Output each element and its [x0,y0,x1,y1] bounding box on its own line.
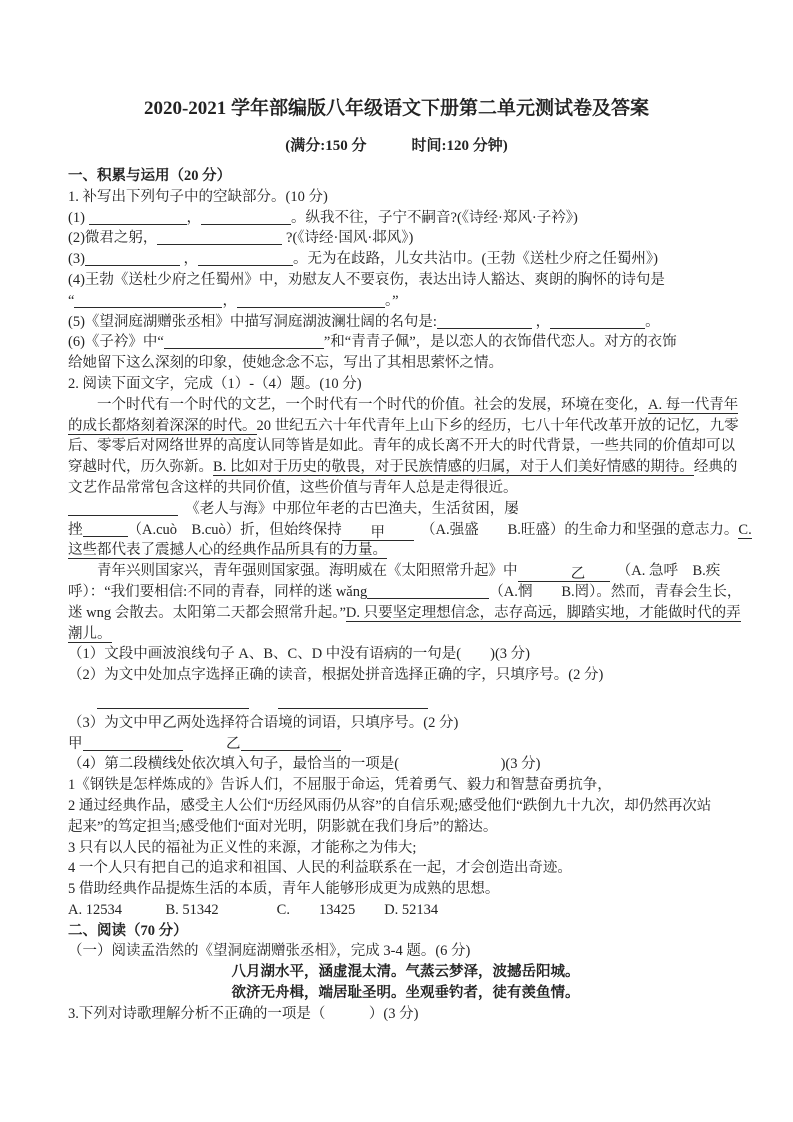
answer-blank-underline [83,521,128,537]
answer-blank-underline [367,583,489,599]
answer-blank-underline [241,735,341,751]
text-run: ， [180,251,198,267]
text-run: 呼）：“我们要相信:不同的青春，同样的迷 wǎng [68,584,367,600]
text-line: （2）为文中处加点字选择正确的读音，根据处拼音选择正确的字，只填序号。(2 分) [68,665,743,686]
answer-blank-underline [237,292,385,308]
text-run: 一、积累与运用（20 分） [68,168,231,184]
text-run: 5 借助经典作品提炼生活的本质，青年人能够形成更为成熟的思想。 [68,881,499,897]
text-line: 2 通过经典作品，感受主人公们“历经风雨仍从容”的自信乐观;感受他们“跌倒九十九… [68,796,743,817]
text-line: （一）阅读孟浩然的《望洞庭湖赠张丞相》，完成 3-4 题。(6 分) [68,941,743,962]
text-line: 《老人与海》中那位年老的古巴渔夫，生活贫困，屡 [68,499,743,520]
text-run: 穿越时代，历久弥新。 [68,459,213,475]
underlined-sentence: D. 只要坚定理想信念，志存高远，脚踏实地，才能做时代的弄 [346,605,741,622]
text-run: 。无为在歧路，儿女共沾巾。(王勃《送杜少府之任蜀州》) [293,251,658,267]
text-run: (2)微君之躬， [68,230,157,246]
labeled-answer-blank: 甲 [342,525,414,541]
text-line: 2. 阅读下面文字，完成（1）-（4）题。(10 分) [68,374,743,395]
text-line: （1）文段中画波浪线句子 A、B、C、D 中没有语病的一句是( )(3 分) [68,644,743,665]
text-line: 文艺作品常常包含这样的共同价值，这些价值与青年人总是走得很近。 [68,478,743,499]
text-run: （A.强盛 B.旺盛）的生命力和坚强的意志力。 [414,522,739,538]
text-run: 乙 [183,736,241,752]
page-subtitle: (满分:150 分 时间:120 分钟) [0,136,793,156]
text-run: (1) [68,210,89,226]
underlined-sentence: C. [738,522,751,539]
text-line: 八月湖水平，涵虚混太清。气蒸云梦泽，波撼岳阳城。 [68,962,743,983]
text-run: ， [532,314,550,330]
answer-blank-underline [85,250,180,266]
text-line: 潮儿。 [68,624,743,645]
underlined-sentence: 潮儿。 [68,626,112,643]
text-run: 《老人与海》中那位年老的古巴渔夫，生活贫困，屡 [178,501,519,517]
answer-blank-underline [83,735,183,751]
text-run: ”和“青青子佩”，是以恋人的衣饰借代恋人。对方的衣饰 [324,334,677,350]
text-line: A. 12534 B. 51342 C. 13425 D. 52134 [68,900,743,921]
text-run: 3.下列对诗歌理解分析不正确的一项是（ ）(3 分) [68,1006,418,1022]
text-run: 给她留下这么深刻的印象，使她念念不忘，写出了其相思萦怀之情。 [68,355,503,371]
underlined-sentence: 这些都代表了震撼人心的经典作品所具有的力量。 [68,542,387,559]
text-line: (5)《望洞庭湖赠张丞相》中描写洞庭湖波澜壮阔的名句是: ，。 [68,312,743,333]
text-run: （2）为文中处加点字选择正确的读音，根据处拼音选择正确的字，只填序号。(2 分) [68,667,603,683]
text-line: 迷 wng 会散去。太阳第二天都会照常升起。”D. 只要坚定理想信念，志存高远，… [68,603,743,624]
page-title: 2020-2021 学年部编版八年级语文下册第二单元测试卷及答案 [0,96,793,122]
text-line: 青年兴则国家兴，青年强则国家强。海明威在《太阳照常升起》中乙 （A. 急呼 B.… [68,561,743,582]
text-line: 的成长都烙刻着深深的时代。20 世纪五六十年代青年上山下乡的经历，七八十年代改革… [68,416,743,437]
text-run: 1《钢铁是怎样炼成的》告诉人们，不屈服于命运，凭着勇气、毅力和智慧奋勇抗争， [68,777,612,793]
text-run: (5)《望洞庭湖赠张丞相》中描写洞庭湖波澜壮阔的名句是: [68,314,437,330]
text-line [68,692,743,713]
text-run: 甲 [68,736,83,752]
underlined-sentence: A. 每一代青年 [648,397,738,414]
answer-blank-underline [97,693,249,709]
answer-blank-underline [157,229,282,245]
text-run: 一个时代有一个时代的文艺，一个时代有一个时代的价值。社会的发展，环境在变化， [97,397,648,413]
text-run: （1）文段中画波浪线句子 A、B、C、D 中没有语病的一句是( )(3 分) [68,646,530,662]
text-run: 二、阅读（70 分） [68,923,188,939]
text-run: (3) [68,251,85,267]
text-line: 起来”的笃定担当;感受他们“面对光明，阴影就在我们身后”的豁达。 [68,817,743,838]
text-run: 2. 阅读下面文字，完成（1）-（4）题。(10 分) [68,376,362,392]
text-line: 3.下列对诗歌理解分析不正确的一项是（ ）(3 分) [68,1004,743,1025]
text-line: 4 一个人只有把自己的追求和祖国、人民的利益联系在一起，才会创造出奇迹。 [68,858,743,879]
text-run: 青年兴则国家兴，青年强则国家强。海明威在《太阳照常升起》中 [97,563,518,579]
text-run: 3 只有以人民的福祉为正义性的来源，才能称之为伟大; [68,840,416,856]
text-line: “，。” [68,291,743,312]
text-run: (6)《子衿》中“ [68,334,164,350]
text-line: 二、阅读（70 分） [68,921,743,942]
text-line: 给她留下这么深刻的印象，使她念念不忘，写出了其相思萦怀之情。 [68,353,743,374]
text-run: （3）为文中甲乙两处选择符合语境的词语，只填序号。(2 分) [68,715,458,731]
text-run: 迷 wng 会散去。太阳第二天都会照常升起。” [68,605,346,621]
text-line: (6)《子衿》中“”和“青青子佩”，是以恋人的衣饰借代恋人。对方的衣饰 [68,332,743,353]
text-run: 挫 [68,522,83,538]
text-line: (1) ，。纵我不往，子宁不嗣音?(《诗经·郑风·子衿》) [68,208,743,229]
text-run [68,694,97,710]
text-run: 2 通过经典作品，感受主人公们“历经风雨仍从容”的自信乐观;感受他们“跌倒九十九… [68,798,711,814]
answer-blank-underline [89,209,187,225]
text-run: ， [222,293,237,309]
text-run: 1. 补写出下列句子中的空缺部分。(10 分) [68,189,328,205]
text-run: 起来”的笃定担当;感受他们“面对光明，阴影就在我们身后”的豁达。 [68,819,497,835]
answer-blank-underline [198,250,293,266]
answer-blank-underline [68,500,178,516]
text-run: （一）阅读孟浩然的《望洞庭湖赠张丞相》，完成 3-4 题。(6 分) [68,943,470,959]
underlined-sentence: B. 比如对于历史的敬畏，对于民族情感的归属，对于人们美好情感的期待。 [213,459,694,476]
text-line: （4）第二段横线处依次填入句子，最恰当的一项是( )(3 分) [68,754,743,775]
text-line: 一个时代有一个时代的文艺，一个时代有一个时代的价值。社会的发展，环境在变化，A.… [68,395,743,416]
answer-blank-underline [550,313,645,329]
text-line: 1《钢铁是怎样炼成的》告诉人们，不屈服于命运，凭着勇气、毅力和智慧奋勇抗争， [68,775,743,796]
text-run: A. 12534 B. 51342 C. 13425 D. 52134 [68,902,438,918]
text-run: 。” [385,293,399,309]
labeled-answer-blank: 乙 [518,566,610,582]
text-run: （A.惘 B.罔）。然而，青春会生长， [489,584,741,600]
test-paper-page: 2020-2021 学年部编版八年级语文下册第二单元测试卷及答案 (满分:150… [0,0,793,1122]
text-run: 欲济无舟楫，端居耻圣明。坐观垂钓者，徒有羡鱼情。 [232,985,580,1001]
text-line: 后、零零后对网络世界的高度认同等皆是如此。青年的成长离不开大的时代背景，一些共同… [68,436,743,457]
text-line: 欲济无舟楫，端居耻圣明。坐观垂钓者，徒有羡鱼情。 [68,983,743,1004]
text-run: 经典的 [694,459,738,475]
text-run: （4）第二段横线处依次填入句子，最恰当的一项是( )(3 分) [68,756,540,772]
text-line: (4)王勃《送杜少府之任蜀州》中，劝慰友人不要哀伤，表达出诗人豁达、爽朗的胸怀的… [68,270,743,291]
text-run: 。纵我不往，子宁不嗣音?(《诗经·郑风·子衿》) [291,210,578,226]
answer-blank-underline [278,693,428,709]
text-run: （A.cuò B.cuò）折，但始终保持 [128,522,342,538]
text-run: ?(《诗经·国风·邶风》) [282,230,413,246]
text-line: 1. 补写出下列句子中的空缺部分。(10 分) [68,187,743,208]
answer-blank-underline [201,209,291,225]
text-line: 呼）：“我们要相信:不同的青春，同样的迷 wǎng（A.惘 B.罔）。然而，青春… [68,582,743,603]
text-run: 20 世纪五六十年代青年上山下乡的经历，七八十年代改革开放的记忆，九零 [257,418,739,434]
text-line: （3）为文中甲乙两处选择符合语境的词语，只填序号。(2 分) [68,713,743,734]
text-line: 挫（A.cuò B.cuò）折，但始终保持甲 （A.强盛 B.旺盛）的生命力和坚… [68,520,743,541]
text-run: 文艺作品常常包含这样的共同价值，这些价值与青年人总是走得很近。 [68,480,518,496]
text-line: 5 借助经典作品提炼生活的本质，青年人能够形成更为成熟的思想。 [68,879,743,900]
text-line: 一、积累与运用（20 分） [68,166,743,187]
text-line: 这些都代表了震撼人心的经典作品所具有的力量。 [68,540,743,561]
answer-blank-underline [74,292,222,308]
underlined-sentence: 的成长都烙刻着深深的时代。 [68,418,257,435]
text-line: (2)微君之躬， ?(《诗经·国风·邶风》) [68,228,743,249]
text-run [249,694,278,710]
document-body: 一、积累与运用（20 分）1. 补写出下列句子中的空缺部分。(10 分)(1) … [68,166,743,1025]
text-line: 3 只有以人民的福祉为正义性的来源，才能称之为伟大; [68,838,743,859]
text-run: (4)王勃《送杜少府之任蜀州》中，劝慰友人不要哀伤，表达出诗人豁达、爽朗的胸怀的… [68,272,665,288]
text-run: 4 一个人只有把自己的追求和祖国、人民的利益联系在一起，才会创造出奇迹。 [68,860,572,876]
text-line: 甲 乙 [68,734,743,755]
answer-blank-underline [437,313,532,329]
text-run: ， [187,210,202,226]
text-run: 后、零零后对网络世界的高度认同等皆是如此。青年的成长离不开大的时代背景，一些共同… [68,438,735,454]
text-line: 穿越时代，历久弥新。B. 比如对于历史的敬畏，对于民族情感的归属，对于人们美好情… [68,457,743,478]
text-run: 。 [645,314,660,330]
text-run: 八月湖水平，涵虚混太清。气蒸云梦泽，波撼岳阳城。 [232,964,580,980]
answer-blank-underline [164,333,324,349]
text-line: (3) ，。无为在歧路，儿女共沾巾。(王勃《送杜少府之任蜀州》) [68,249,743,270]
text-run: （A. 急呼 B.疾 [610,563,721,579]
